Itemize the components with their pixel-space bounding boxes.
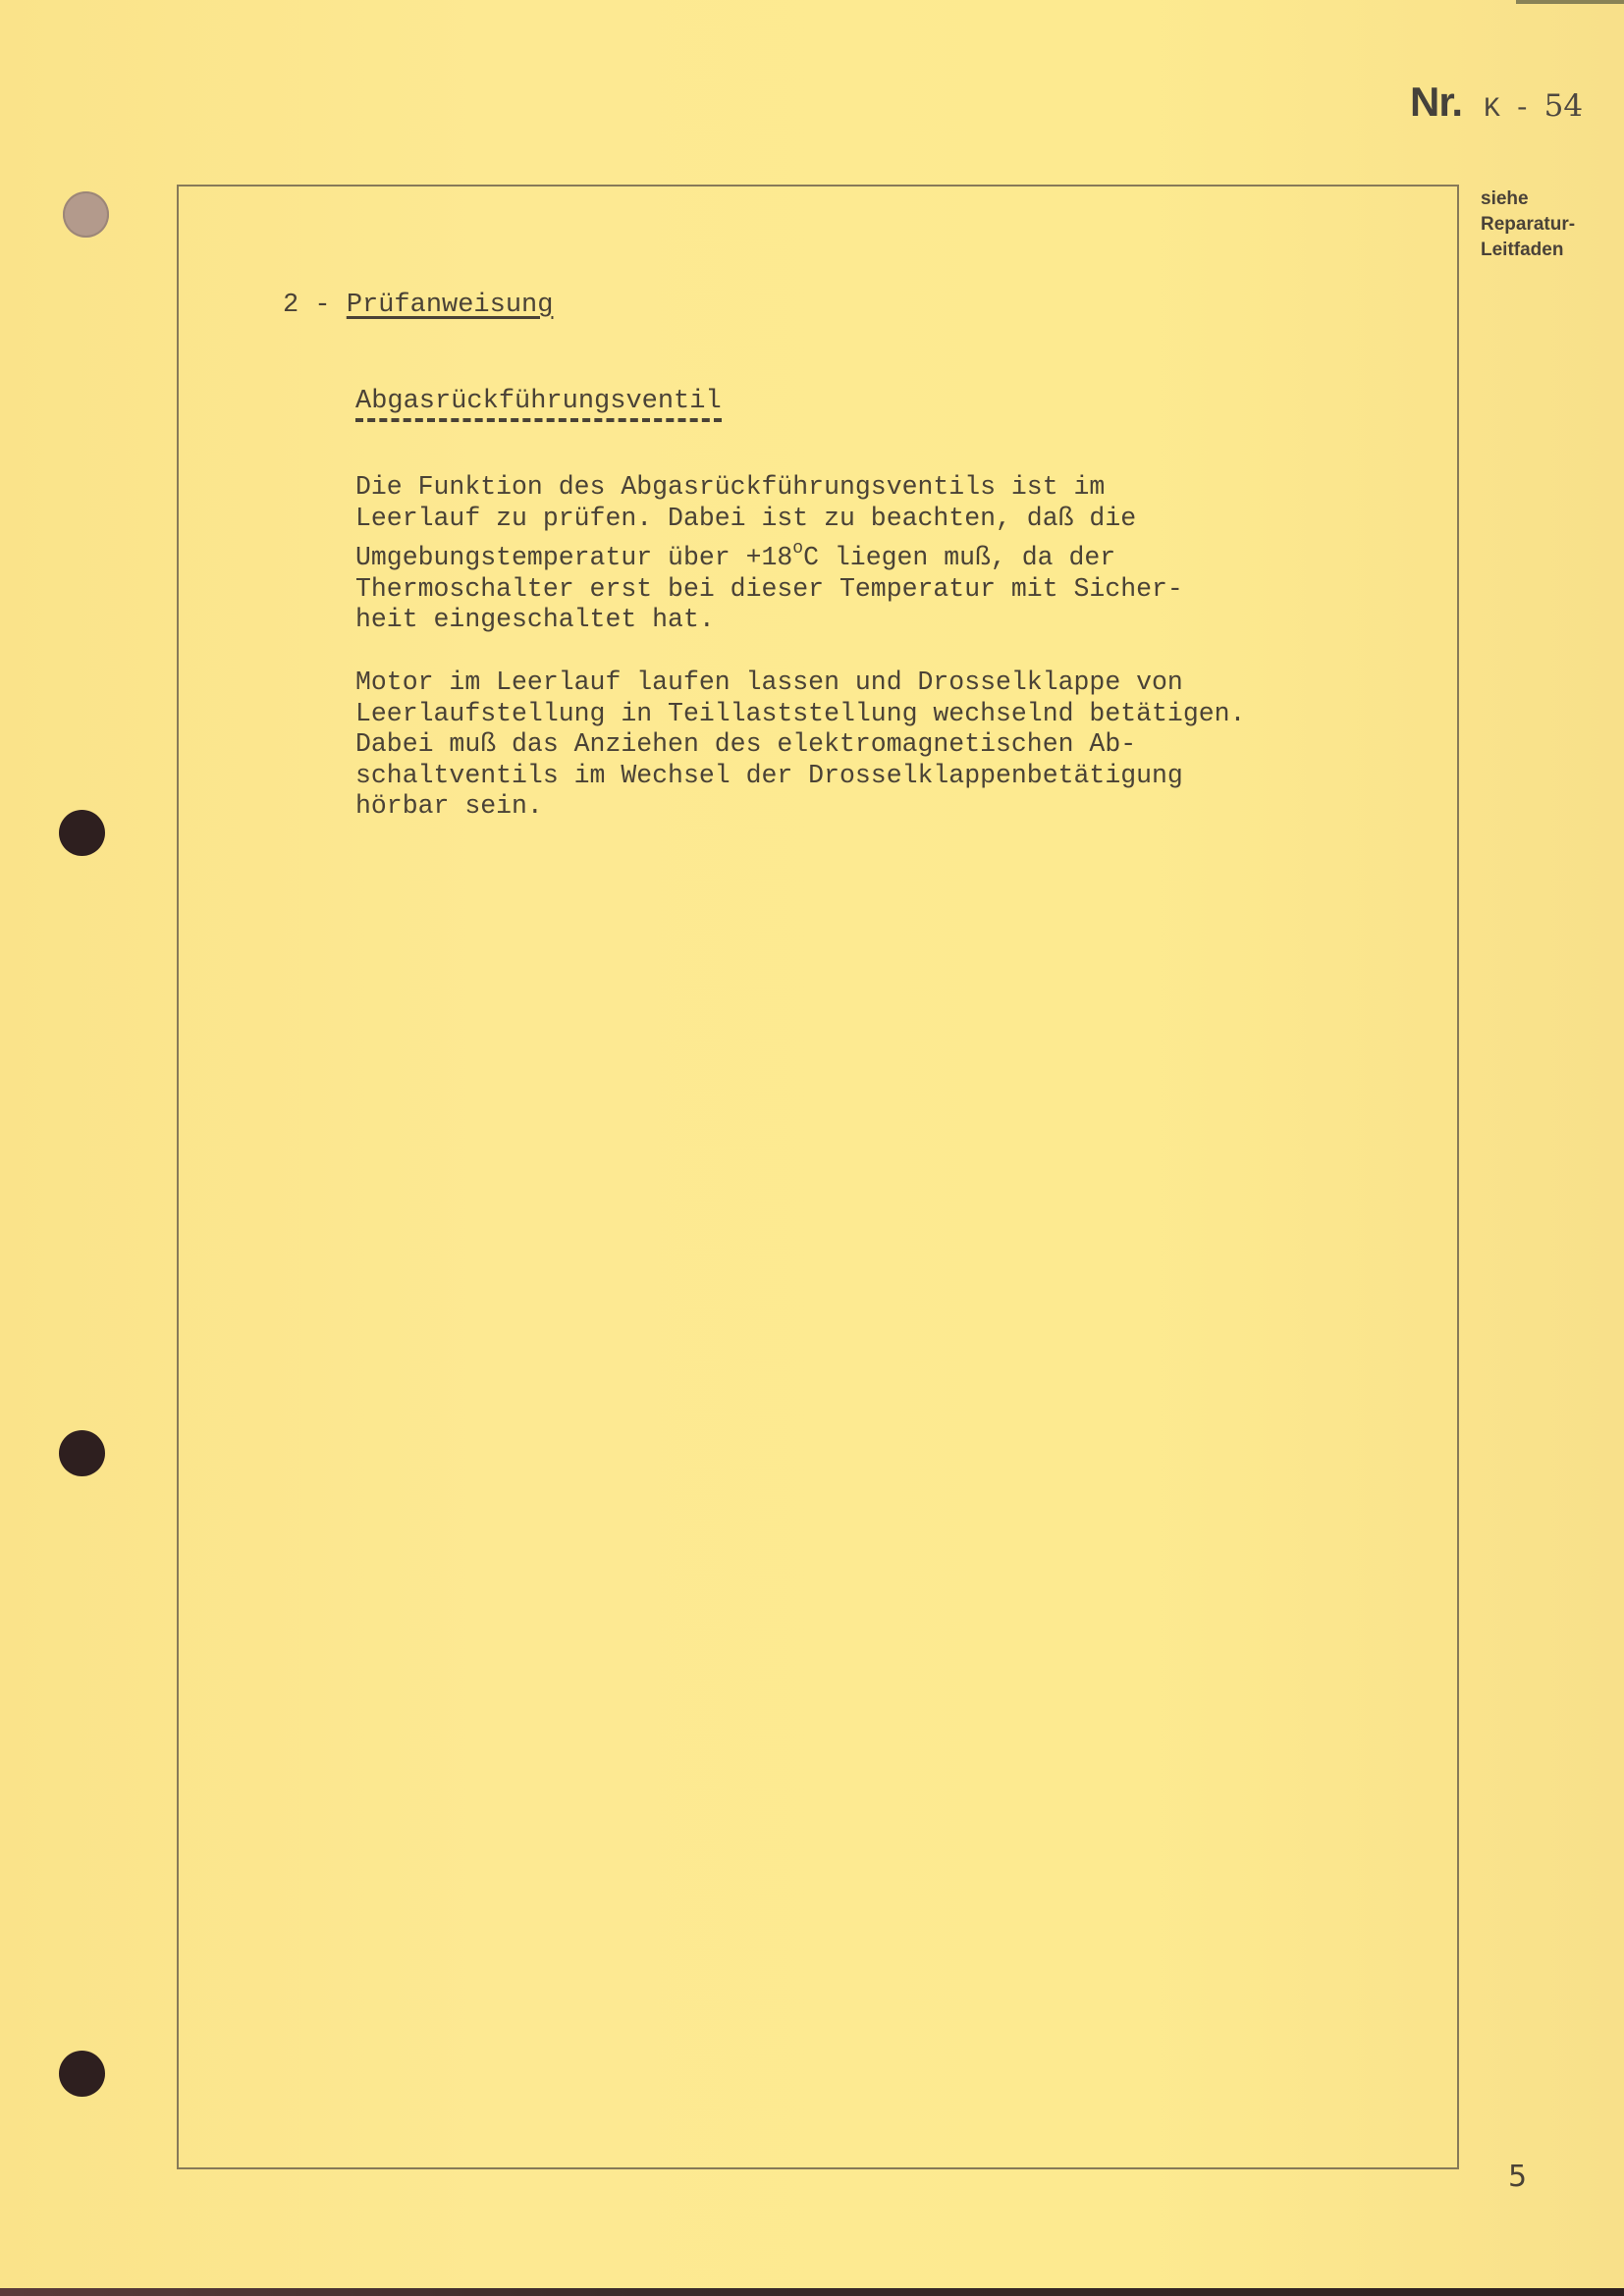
punch-hole-1 xyxy=(63,191,109,238)
section-heading: 2 - Prüfanweisung xyxy=(283,291,553,320)
side-note-line: Leitfaden xyxy=(1481,238,1575,263)
text-line: Thermoschalter erst bei dieser Temperatu… xyxy=(355,574,1183,606)
text-line: Motor im Leerlauf laufen lassen und Dros… xyxy=(355,667,1245,699)
side-note-reference: siehe Reparatur- Leitfaden xyxy=(1481,187,1575,263)
side-note-line: siehe xyxy=(1481,187,1575,212)
paragraph-procedure: Motor im Leerlauf laufen lassen und Dros… xyxy=(355,667,1245,823)
text-fragment: Umgebungstemperatur über +18 xyxy=(355,543,792,572)
text-line: Die Funktion des Abgasrückführungsventil… xyxy=(355,472,1183,504)
punch-hole-4 xyxy=(59,2051,105,2097)
paragraph-function-test: Die Funktion des Abgasrückführungsventil… xyxy=(355,472,1183,636)
nr-label: Nr. xyxy=(1410,79,1462,126)
text-line: Dabei muß das Anziehen des elektromagnet… xyxy=(355,729,1245,761)
document-code-number: 54 xyxy=(1544,88,1583,124)
text-line: hörbar sein. xyxy=(355,791,1245,823)
text-line: heit eingeschaltet hat. xyxy=(355,605,1183,636)
document-code-letter: K xyxy=(1484,94,1500,125)
text-fragment: C liegen muß, da der xyxy=(803,543,1115,572)
degree-symbol: o xyxy=(792,539,803,559)
text-line: Leerlaufstellung in Teillaststellung wec… xyxy=(355,699,1245,730)
document-code: K - 54 xyxy=(1484,88,1583,125)
text-line: Leerlauf zu prüfen. Dabei ist zu beachte… xyxy=(355,504,1183,535)
paper-top-edge-shadow xyxy=(1516,0,1624,4)
section-title: Prüfanweisung xyxy=(347,291,554,320)
document-number: Nr. K - 54 xyxy=(1410,79,1583,126)
text-line: Umgebungstemperatur über +18oC liegen mu… xyxy=(355,534,1183,574)
section-number: 2 xyxy=(283,291,298,320)
paper-bottom-edge xyxy=(0,2288,1624,2296)
subsection-title: Abgasrückführungsventil xyxy=(355,387,722,422)
section-dash: - xyxy=(314,291,330,320)
punch-hole-3 xyxy=(59,1430,105,1476)
page-number: 5 xyxy=(1508,2160,1527,2194)
punch-hole-2 xyxy=(59,810,105,856)
text-line: schaltventils im Wechsel der Drosselklap… xyxy=(355,761,1245,792)
side-note-line: Reparatur- xyxy=(1481,212,1575,238)
document-code-dash: - xyxy=(1514,94,1531,125)
